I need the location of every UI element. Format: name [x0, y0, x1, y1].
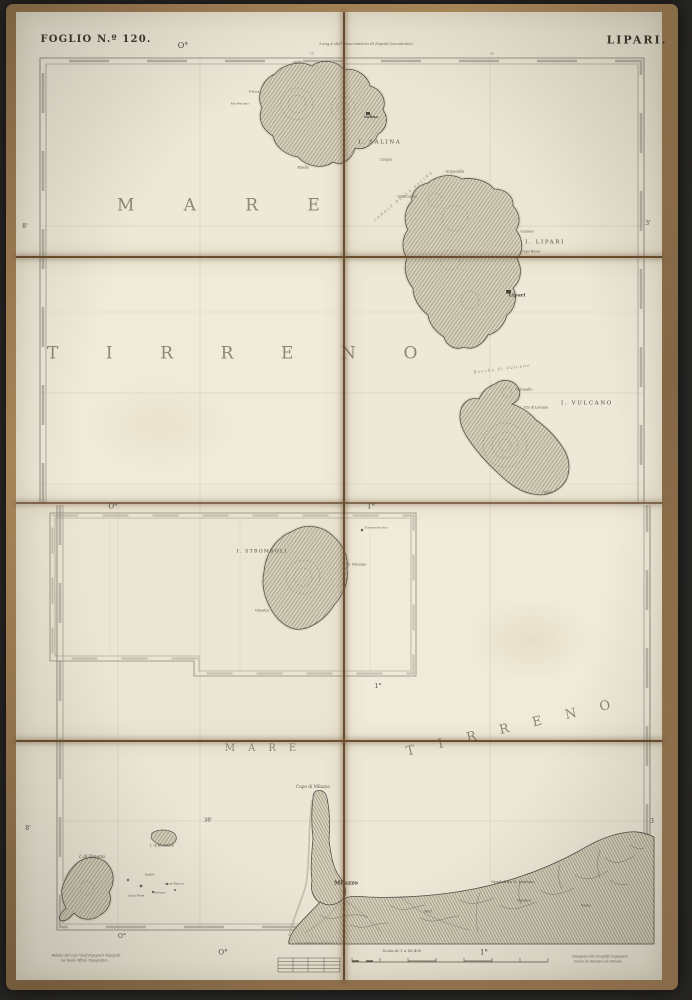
strombolicchio-islet [361, 529, 364, 532]
stromboli-inset-border [50, 513, 416, 676]
basiluzzo-islet-shape [151, 830, 176, 846]
main-scale-bar [352, 958, 548, 962]
sicily-coast-group [289, 790, 654, 944]
antique-map-photo: FOGLIO N.º 120.LIPARI.Long.e dell'Osserv… [0, 0, 692, 1000]
comparative-scale-bar [278, 958, 340, 972]
lipari-island-shape [403, 176, 522, 349]
milazzo-peninsula-shape [311, 790, 345, 905]
map-artwork [0, 0, 692, 1000]
panarea-island-shape [59, 858, 113, 921]
graticule [40, 58, 650, 930]
